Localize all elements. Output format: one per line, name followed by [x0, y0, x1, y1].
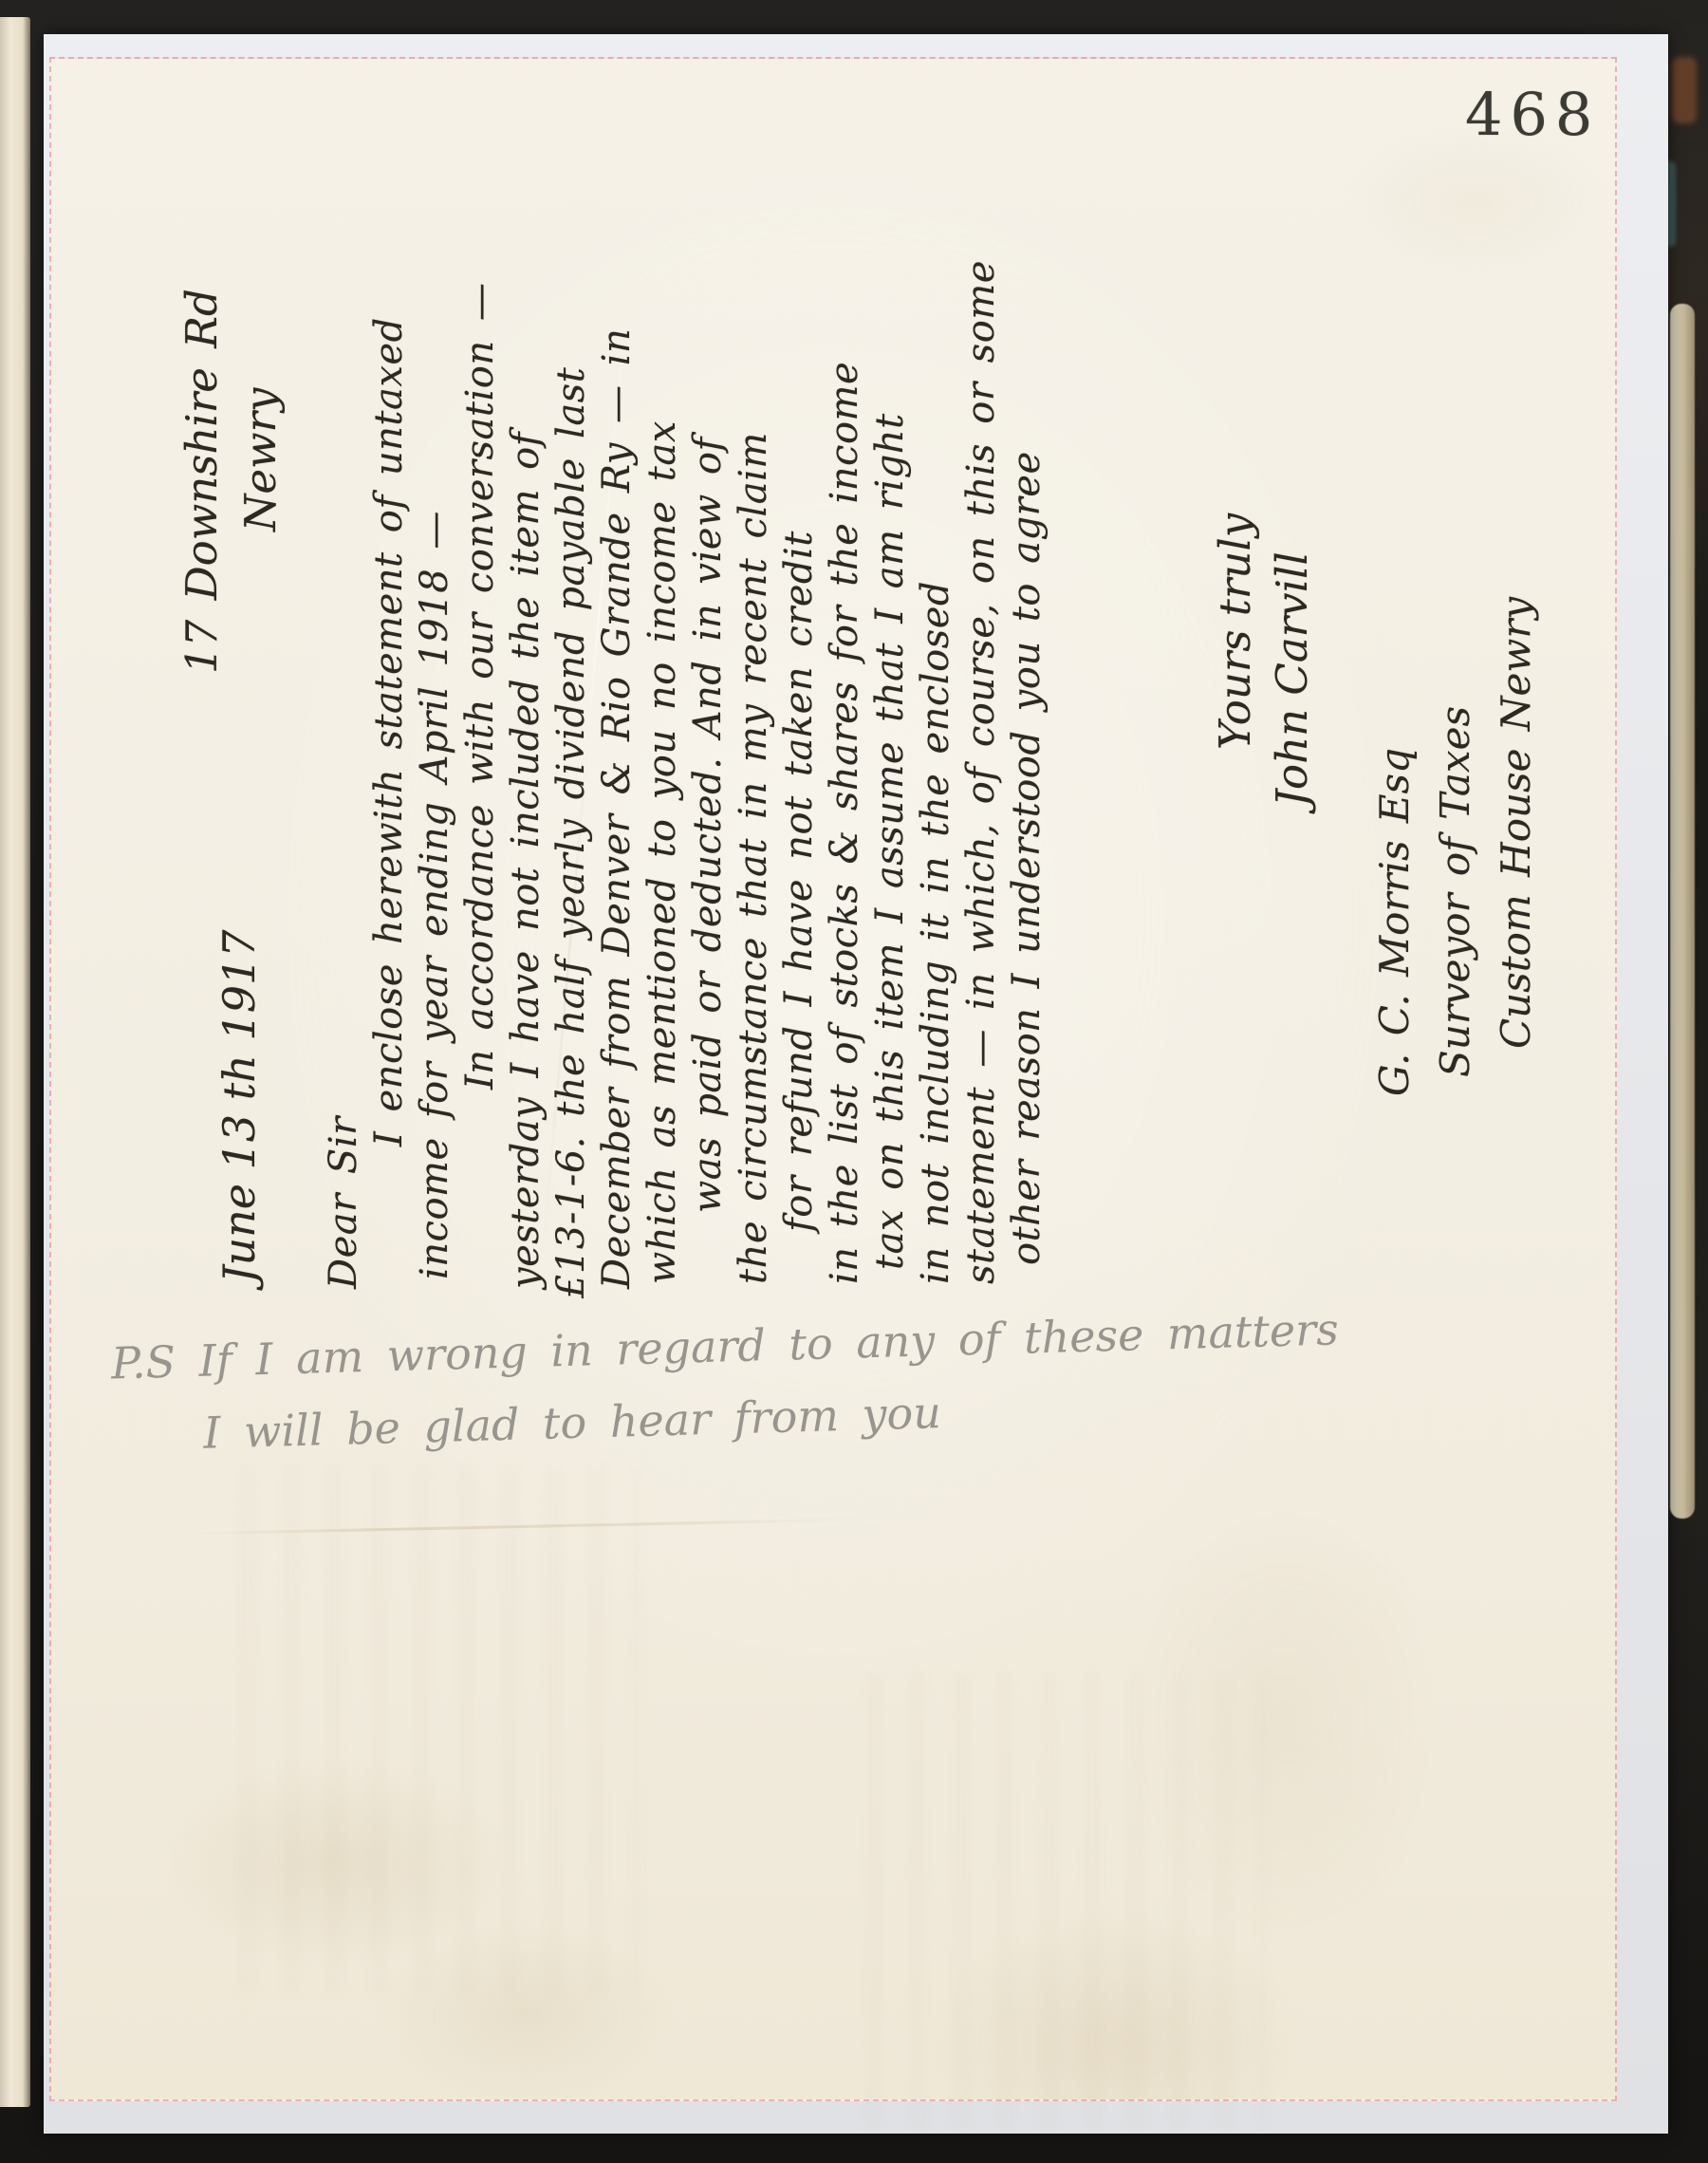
- handwritten-line: which as mentioned to you no income tax: [640, 41, 685, 1308]
- recipient-block: G. C. Morris EsqSurveyor of TaxesCustom …: [1365, 337, 1547, 1106]
- handwritten-line: in not including it in the enclosed: [913, 41, 958, 1308]
- address-block: 17 Downshire RdNewry: [173, 161, 290, 674]
- handwritten-line: In accordance with our conversation —: [457, 41, 503, 1308]
- bleed-through-smudge: [241, 1464, 640, 1995]
- date-block: June 13 th 1917: [211, 866, 268, 1283]
- handwritten-line: Dear Sir: [321, 41, 366, 1308]
- handwritten-line: in the list of stocks & shares for the i…: [822, 41, 867, 1308]
- leather-glint: [1672, 57, 1697, 123]
- page-number: 468: [1465, 80, 1600, 149]
- facing-page-edge: [0, 17, 30, 2107]
- handwritten-line: was paid or deducted. And in view of: [685, 41, 731, 1308]
- handwritten-line: the circumstance that in my recent claim: [731, 41, 776, 1308]
- handwritten-line: tax on this item I assume that I am righ…: [867, 41, 913, 1308]
- handwritten-line: Custom House Newry: [1486, 337, 1547, 1106]
- page-block-fore-edge: [1670, 304, 1695, 1519]
- handwritten-line: G. C. Morris Esq: [1365, 337, 1425, 1106]
- handwritten-line: £13-1-6. the half yearly dividend payabl…: [548, 41, 594, 1308]
- handwritten-line: other reason I understood you to agree: [1004, 41, 1049, 1308]
- handwritten-line: December from Denver & Rio Grande Ry — i…: [594, 41, 640, 1308]
- handwritten-line: statement — in which, of course, on this…: [958, 41, 1004, 1308]
- handwritten-line: Surveyor of Taxes: [1425, 337, 1486, 1106]
- handwritten-line: income for year ending April 1918 —: [412, 41, 457, 1308]
- handwritten-line: for refund I have not taken credit: [776, 41, 822, 1308]
- handwritten-line: yesterday I have not included the item o…: [503, 41, 548, 1308]
- handwritten-line: John Carvill: [1264, 370, 1321, 835]
- handwritten-line: 17 Downshire Rd: [173, 161, 232, 674]
- handwritten-line: Newry: [232, 161, 290, 674]
- closing-block: Yours trulyJohn Carvill: [1207, 370, 1321, 835]
- handwritten-line: June 13 th 1917: [211, 866, 268, 1283]
- bleed-through-smudge: [867, 1672, 1266, 2128]
- handwritten-line: I enclose herewith statement of untaxed: [366, 41, 412, 1308]
- handwritten-line: Yours truly: [1207, 370, 1264, 835]
- letter-body: Dear SirI enclose herewith statement of …: [321, 41, 1049, 1308]
